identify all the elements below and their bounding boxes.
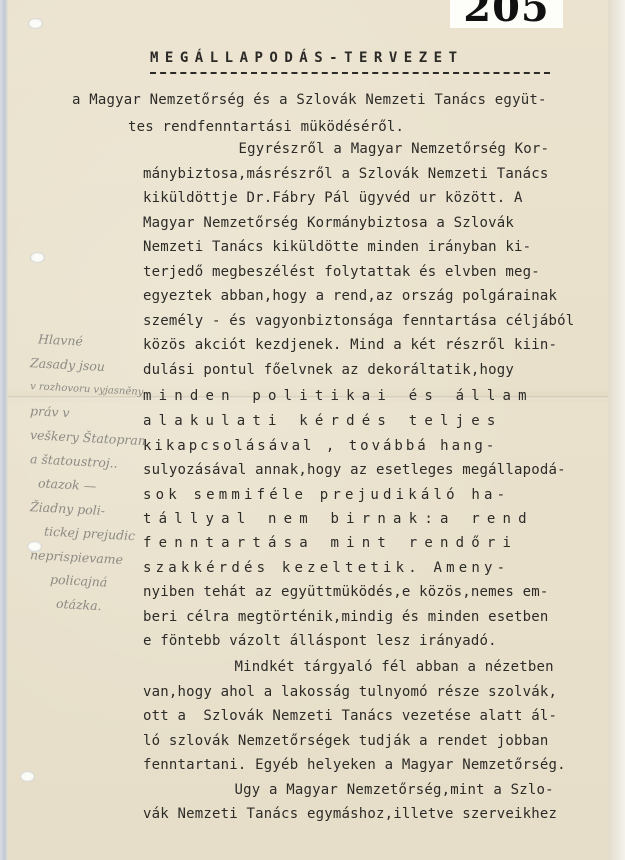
- scanner-right-edge: [608, 0, 625, 860]
- body-line: Nemzeti Tanács kiküldötte minden irányba…: [143, 239, 531, 255]
- body-line: ott a Szlovák Nemzeti Tanács vezetése al…: [143, 708, 557, 724]
- body-line: egyeztek abban,hogy a rend,az ország pol…: [143, 288, 557, 304]
- body-line: minden politikai és állam: [143, 388, 534, 404]
- body-line: nyiben tehát az együttmüködés,e közös,ne…: [143, 584, 549, 600]
- punch-hole: [30, 252, 45, 263]
- page-number-stamp: 205: [450, 0, 563, 28]
- body-line: kiküldöttje Dr.Fábry Pál ügyvéd ur közöt…: [143, 190, 523, 206]
- punch-hole: [28, 18, 43, 29]
- document-title: MEGÁLLAPODÁS-TERVEZET: [150, 50, 560, 66]
- handwritten-margin-notes: Hlavné Zasady jsou v rozhovoru vyjasněny…: [30, 330, 140, 618]
- body-line: ló szlovák Nemzetőrségek tudják a rendet…: [143, 733, 549, 749]
- body-line: terjedő megbeszélést folytattak és elvbe…: [143, 264, 540, 280]
- body-line: szakkérdés kezeltetik. Ameny-: [143, 560, 509, 576]
- subtitle-line: tes rendfenntartási müködéséről.: [128, 119, 404, 135]
- body-line: dulási pontul főelvnek az dekoráltatik,h…: [143, 362, 514, 378]
- body-line: közös akciót kezdjenek. Mind a két részr…: [143, 337, 557, 353]
- title-underline: [150, 72, 550, 74]
- body-line: Egyrészről a Magyar Nemzetőrség Kor-: [204, 141, 549, 157]
- body-line: személy - és vagyonbiztonsága fenntartás…: [143, 313, 574, 329]
- scanner-left-edge: [0, 0, 8, 860]
- body-line: fenntartása mint rendőri: [143, 535, 518, 551]
- body-line: vák Nemzeti Tanács egymáshoz,illetve sze…: [143, 806, 557, 822]
- body-line: fenntartani. Egyéb helyeken a Magyar Nem…: [143, 757, 566, 773]
- body-line: e föntebb vázolt álláspont lesz irányadó…: [143, 633, 497, 649]
- body-line: beri célra megtörténik,mindig és minden …: [143, 609, 549, 625]
- body-line: van,hogy ahol a lakosság tulnyomó része …: [143, 684, 557, 700]
- body-line: Mindkét tárgyaló fél abban a nézetben: [200, 659, 554, 675]
- body-line: kikapcsolásával , továbbá hang-: [143, 438, 497, 454]
- body-line: Magyar Nemzetőrség Kormánybiztosa a Szlo…: [143, 215, 514, 231]
- body-line: mánybiztosa,másrészről a Szlovák Nemzeti…: [143, 166, 549, 182]
- body-line: alakulati kérdés teljes: [143, 413, 502, 429]
- body-line: sulyozásával annak,hogy az esetleges meg…: [143, 462, 566, 478]
- margin-note-line: otázka.: [55, 592, 140, 620]
- body-line: Ugy a Magyar Nemzetőrség,mint a Szlo-: [200, 782, 554, 798]
- body-line: tállyal nem birnak:a rend: [143, 511, 534, 527]
- punch-hole: [20, 771, 35, 782]
- margin-note-line: neprispievame: [29, 543, 140, 573]
- body-line: sok semmiféle prejudikáló ha-: [143, 487, 509, 503]
- subtitle-line: a Magyar Nemzetőrség és a Szlovák Nemzet…: [72, 92, 547, 108]
